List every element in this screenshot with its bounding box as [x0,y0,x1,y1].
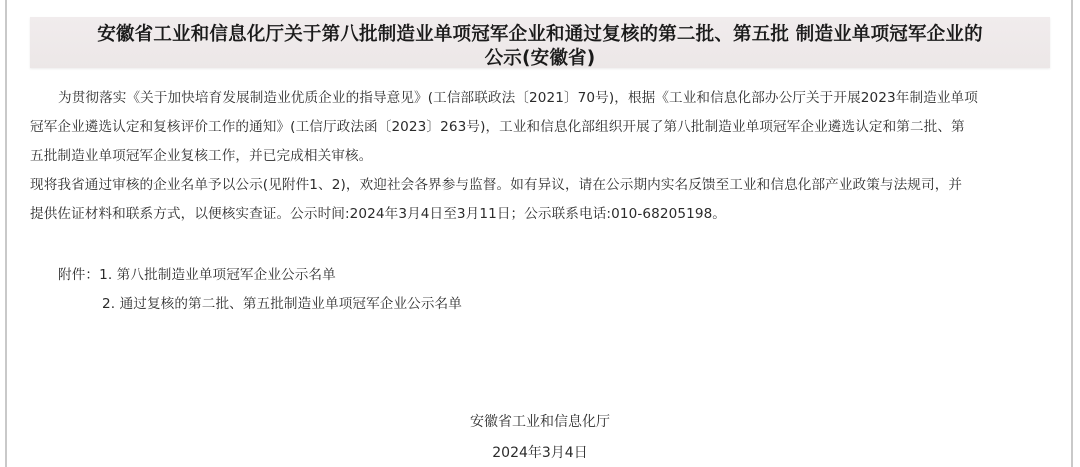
paragraph-2-line-2: 提供佐证材料和联系方式，以便核实查证。公示时间:2024年3月4日至3月11日；… [30,202,726,222]
right-border-line [1071,0,1073,467]
paragraph-1-line-2: 冠军企业遴选认定和复核评价工作的通知》(工信厅政法函〔2023〕263号)，工业… [30,115,965,135]
issuer-name: 安徽省工业和信息化厅 [0,411,1080,431]
attachment-item-2[interactable]: 2. 通过复核的第二批、第五批制造业单项冠军企业公示名单 [102,296,462,312]
document-title-line-2: 公示(安徽省) [30,44,1050,70]
title-banner: 安徽省工业和信息化厅关于第八批制造业单项冠军企业和通过复核的第二批、第五批 制造… [30,17,1050,68]
paragraph-2-line-1: 现将我省通过审核的企业名单予以公示(见附件1、2)，欢迎社会各界参与监督。如有异… [30,173,962,193]
attachments-label: 附件： [58,267,99,283]
issue-date: 2024年3月4日 [0,442,1080,462]
attachments-row-1: 附件：1. 第八批制造业单项冠军企业公示名单 [58,263,336,283]
document-title-line-1: 安徽省工业和信息化厅关于第八批制造业单项冠军企业和通过复核的第二批、第五批 制造… [30,20,1050,46]
left-border-line [5,0,7,467]
attachment-item-1[interactable]: 1. 第八批制造业单项冠军企业公示名单 [99,267,336,283]
paragraph-1-line-3: 五批制造业单项冠军企业复核工作，并已完成相关审核。 [30,144,372,164]
paragraph-1-line-1: 为贯彻落实《关于加快培育发展制造业优质企业的指导意见》(工信部联政法〔2021〕… [58,86,978,106]
attachments-row-2: 2. 通过复核的第二批、第五批制造业单项冠军企业公示名单 [102,292,462,312]
